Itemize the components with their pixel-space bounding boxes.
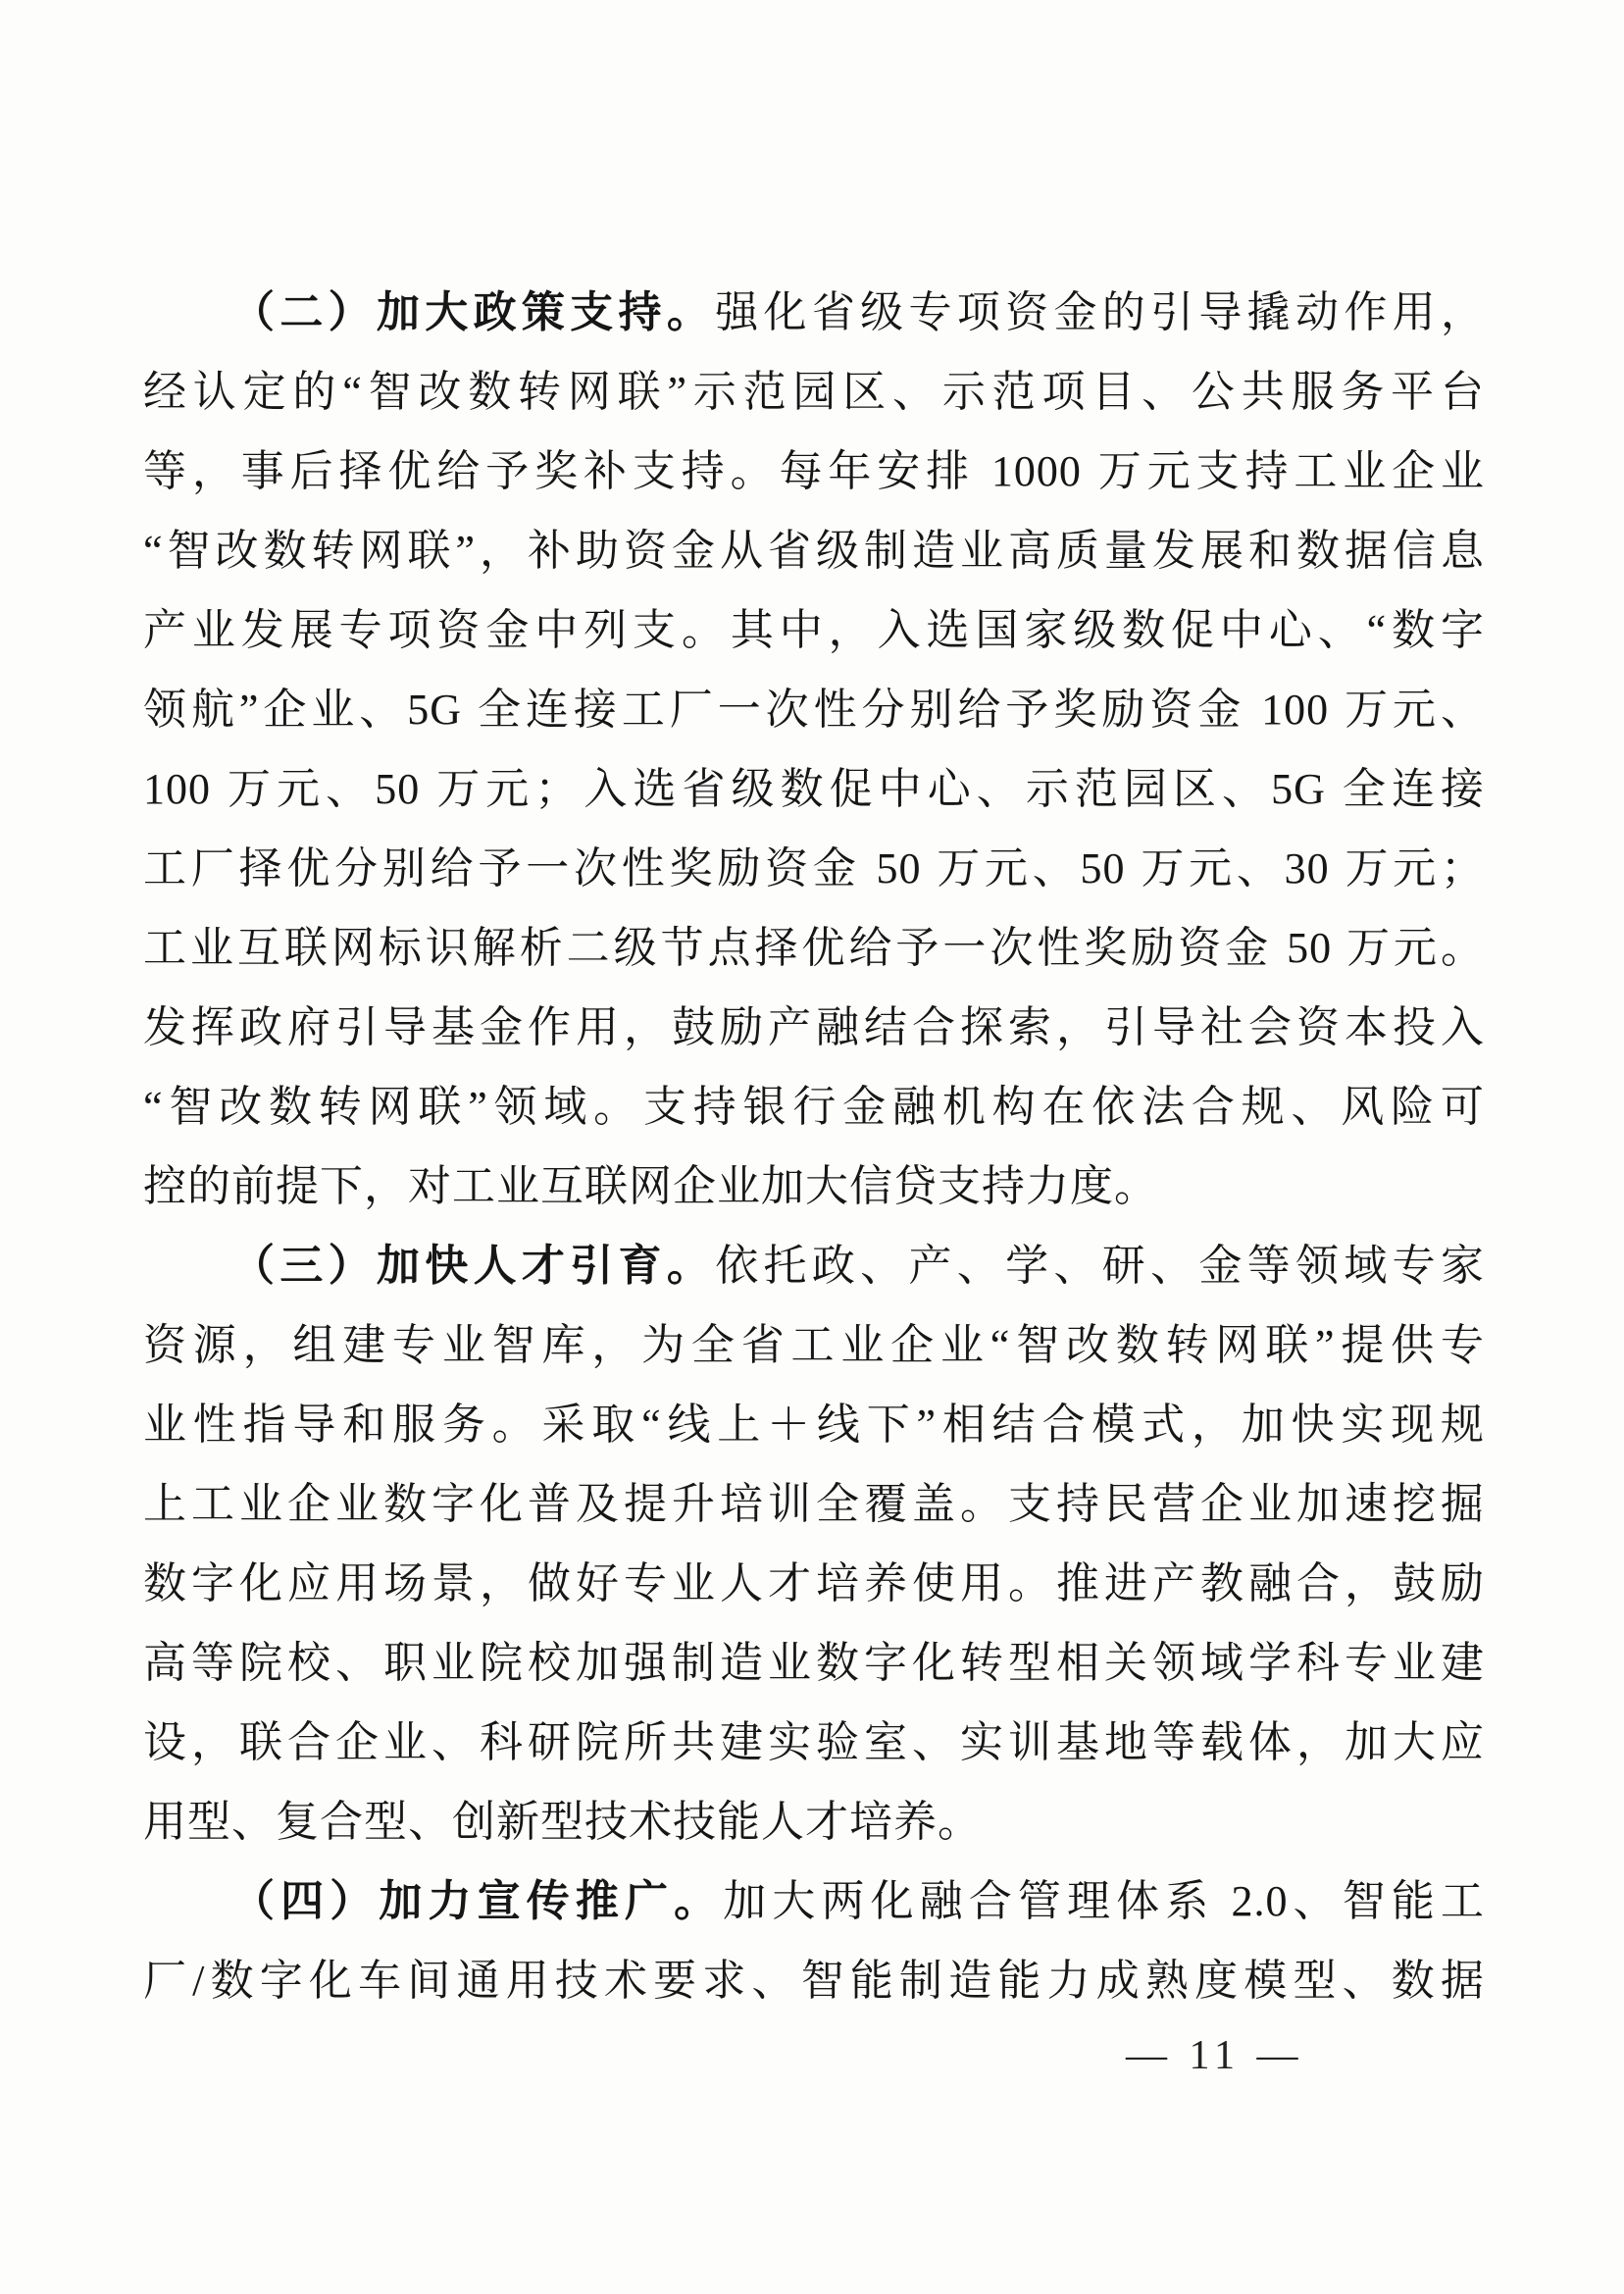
text-line: （四）加力宣传推广。加大两化融合管理体系 2.0、智能工 — [143, 1861, 1485, 1941]
body-text: 厂/数字化车间通用技术要求、智能制造能力成熟度模型、数据 — [143, 1957, 1485, 2005]
body-text: “智改数转网联”领域。支持银行金融机构在依法合规、风险可 — [143, 1083, 1485, 1131]
body-text: 控的前提下，对工业互联网企业加大信贷支持力度。 — [143, 1162, 1158, 1210]
body-text: 等，事后择优给予奖补支持。每年安排 1000 万元支持工业企业 — [143, 447, 1485, 495]
body-text: 设，联合企业、科研院所共建实验室、实训基地等载体，加大应 — [143, 1718, 1485, 1766]
document-lines: （二）加大政策支持。强化省级专项资金的引导撬动作用，经认定的“智改数转网联”示范… — [143, 273, 1485, 2020]
text-line: 产业发展专项资金中列支。其中，入选国家级数促中心、“数字 — [143, 590, 1485, 670]
text-line: 发挥政府引导基金作用，鼓励产融结合探索，引导社会资本投入 — [143, 988, 1485, 1067]
section-heading: （四）加力宣传推广。 — [231, 1877, 723, 1925]
body-text: 高等院校、职业院校加强制造业数字化转型相关领域学科专业建 — [143, 1639, 1485, 1687]
text-line: 控的前提下，对工业互联网企业加大信贷支持力度。 — [143, 1147, 1485, 1226]
text-line: 工业互联网标识解析二级节点择优给予一次性奖励资金 50 万元。 — [143, 908, 1485, 988]
text-line: （二）加大政策支持。强化省级专项资金的引导撬动作用， — [143, 273, 1485, 352]
text-line: 等，事后择优给予奖补支持。每年安排 1000 万元支持工业企业 — [143, 432, 1485, 511]
body-text: 领航”企业、5G 全连接工厂一次性分别给予奖励资金 100 万元、 — [143, 686, 1485, 734]
body-text: 用型、复合型、创新型技术技能人才培养。 — [143, 1798, 982, 1846]
page-number: — 11 — — [1126, 2032, 1303, 2079]
body-text: 100 万元、50 万元；入选省级数促中心、示范园区、5G 全连接 — [143, 765, 1485, 813]
body-text: 业性指导和服务。采取“线上＋线下”相结合模式，加快实现规 — [143, 1401, 1485, 1449]
text-line: 高等院校、职业院校加强制造业数字化转型相关领域学科专业建 — [143, 1623, 1485, 1703]
text-line: “智改数转网联”领域。支持银行金融机构在依法合规、风险可 — [143, 1067, 1485, 1147]
body-text: “智改数转网联”，补助资金从省级制造业高质量发展和数据信息 — [143, 527, 1485, 575]
section-heading: （二）加大政策支持。 — [231, 288, 715, 336]
text-line: 数字化应用场景，做好专业人才培养使用。推进产教融合，鼓励 — [143, 1544, 1485, 1623]
body-text: 资源，组建专业智库，为全省工业企业“智改数转网联”提供专 — [143, 1321, 1485, 1369]
text-line: 用型、复合型、创新型技术技能人才培养。 — [143, 1782, 1485, 1861]
body-text: 上工业企业数字化普及提升培训全覆盖。支持民营企业加速挖掘 — [143, 1480, 1485, 1528]
text-line: 领航”企业、5G 全连接工厂一次性分别给予奖励资金 100 万元、 — [143, 670, 1485, 749]
text-line: 资源，组建专业智库，为全省工业企业“智改数转网联”提供专 — [143, 1305, 1485, 1385]
text-line: 设，联合企业、科研院所共建实验室、实训基地等载体，加大应 — [143, 1703, 1485, 1782]
body-text: 经认定的“智改数转网联”示范园区、示范项目、公共服务平台 — [143, 368, 1485, 416]
body-text: 工业互联网标识解析二级节点择优给予一次性奖励资金 50 万元。 — [143, 924, 1485, 972]
text-line: 100 万元、50 万元；入选省级数促中心、示范园区、5G 全连接 — [143, 749, 1485, 829]
body-text: 工厂择优分别给予一次性奖励资金 50 万元、50 万元、30 万元； — [143, 844, 1485, 892]
document-page: （二）加大政策支持。强化省级专项资金的引导撬动作用，经认定的“智改数转网联”示范… — [0, 0, 1624, 2294]
body-text: 产业发展专项资金中列支。其中，入选国家级数促中心、“数字 — [143, 606, 1485, 654]
body-text: 加大两化融合管理体系 2.0、智能工 — [723, 1877, 1485, 1925]
section-heading: （三）加快人才引育。 — [231, 1242, 715, 1290]
text-line: 厂/数字化车间通用技术要求、智能制造能力成熟度模型、数据 — [143, 1941, 1485, 2020]
body-text: 发挥政府引导基金作用，鼓励产融结合探索，引导社会资本投入 — [143, 1003, 1485, 1051]
text-line: （三）加快人才引育。依托政、产、学、研、金等领域专家 — [143, 1226, 1485, 1305]
text-line: 工厂择优分别给予一次性奖励资金 50 万元、50 万元、30 万元； — [143, 829, 1485, 908]
body-text: 数字化应用场景，做好专业人才培养使用。推进产教融合，鼓励 — [143, 1559, 1485, 1607]
text-line: 上工业企业数字化普及提升培训全覆盖。支持民营企业加速挖掘 — [143, 1464, 1485, 1544]
body-text: 强化省级专项资金的引导撬动作用， — [715, 288, 1485, 336]
text-line: “智改数转网联”，补助资金从省级制造业高质量发展和数据信息 — [143, 511, 1485, 590]
text-line: 经认定的“智改数转网联”示范园区、示范项目、公共服务平台 — [143, 352, 1485, 432]
text-line: 业性指导和服务。采取“线上＋线下”相结合模式，加快实现规 — [143, 1385, 1485, 1464]
body-text: 依托政、产、学、研、金等领域专家 — [715, 1242, 1485, 1290]
